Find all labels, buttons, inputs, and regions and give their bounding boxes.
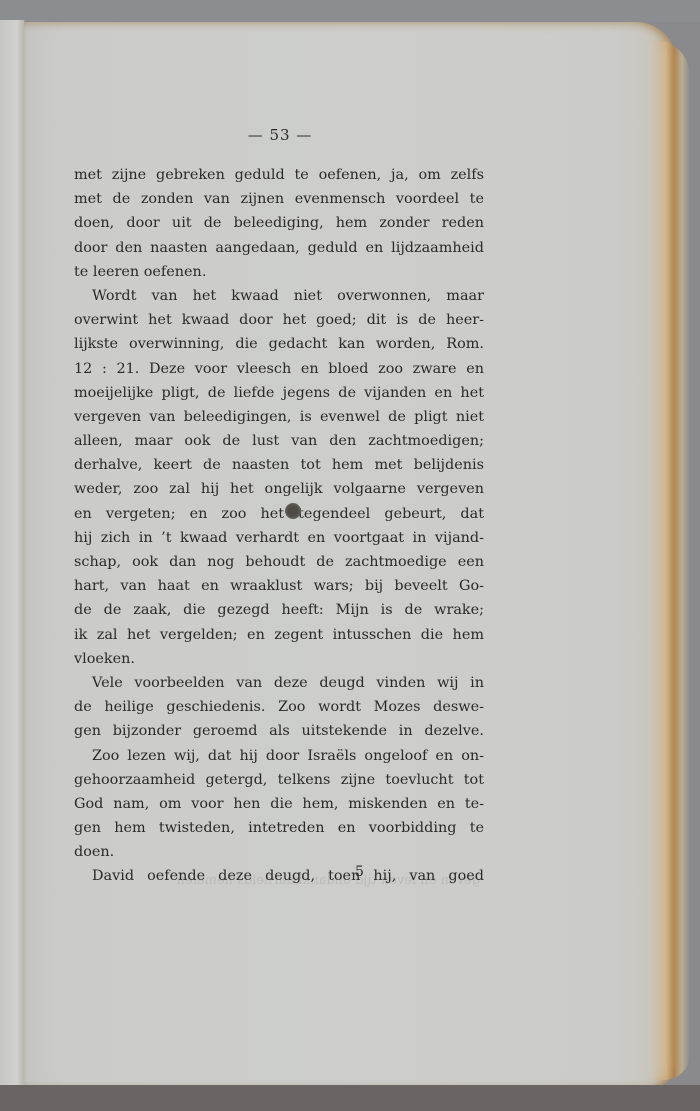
- page-edge-stain: [650, 40, 690, 1080]
- paragraph-start: Wordt van het kwaad niet overwonnen, maa…: [74, 284, 484, 308]
- text-line: doen.: [74, 840, 484, 864]
- text-line: te leeren oefenen.: [74, 260, 484, 284]
- text-line: derhalve, keert de naasten tot hem met b…: [74, 453, 484, 477]
- text-line: de de zaak, die gezegd heeft: Mijn is de…: [74, 598, 484, 622]
- text-line: schap, ook dan nog behoudt de zachtmoedi…: [74, 550, 484, 574]
- text-line: overwint het kwaad door het goed; dit is…: [74, 308, 484, 332]
- text-line: door den naasten aangedaan, geduld en li…: [74, 236, 484, 260]
- text-line: gen hem twisteden, intetreden en voorbid…: [74, 816, 484, 840]
- paragraph-start: Vele voorbeelden van deze deugd vinden w…: [74, 671, 484, 695]
- paragraph-start: Zoo lezen wij, dat hij door Israëls onge…: [74, 744, 484, 768]
- text-line: vloeken.: [74, 647, 484, 671]
- facing-page-edge: [0, 20, 25, 1100]
- text-line: hart, van haat en wraaklust wars; bij be…: [74, 574, 484, 598]
- text-line: lijkste overwinning, die gedacht kan wor…: [74, 332, 484, 356]
- text-line: met zijne gebreken geduld te oefenen, ja…: [74, 163, 484, 187]
- text-line: hij zich in ’t kwaad verhardt en voortga…: [74, 526, 484, 550]
- text-line: 12 : 21. Deze voor vleesch en bloed zoo …: [74, 357, 484, 381]
- text-line: de heilige geschiedenis. Zoo wordt Mozes…: [74, 695, 484, 719]
- text-line: doen, door uit de beleediging, hem zonde…: [74, 211, 484, 235]
- text-line: God nam, om voor hen die hem, miskenden …: [74, 792, 484, 816]
- text-line: weder, zoo zal hij het ongelijk volgaarn…: [74, 477, 484, 501]
- show-through-text: geven en leven tijd ondankbaarheids heme…: [80, 873, 480, 888]
- ink-spot: [285, 503, 301, 519]
- text-line: gen bijzonder geroemd als uitstekende in…: [74, 719, 484, 743]
- body-text: met zijne gebreken geduld te oefenen, ja…: [74, 163, 484, 889]
- text-line: ik zal het vergelden; en zegent intussch…: [74, 623, 484, 647]
- text-line: alleen, maar ook de lust van den zachtmo…: [74, 429, 484, 453]
- background-bottom: [0, 1085, 700, 1111]
- background-top: [0, 0, 700, 22]
- text-line: moeijelijke pligt, de liefde jegens de v…: [74, 381, 484, 405]
- text-line: met de zonden van zijnen evenmensch voor…: [74, 187, 484, 211]
- page-header: — 53 —: [0, 126, 560, 144]
- text-line: vergeven van beleedigingen, is evenwel d…: [74, 405, 484, 429]
- text-line: en vergeten; en zoo het tegendeel gebeur…: [74, 502, 484, 526]
- text-line: gehoorzaamheid getergd, telkens zijne to…: [74, 768, 484, 792]
